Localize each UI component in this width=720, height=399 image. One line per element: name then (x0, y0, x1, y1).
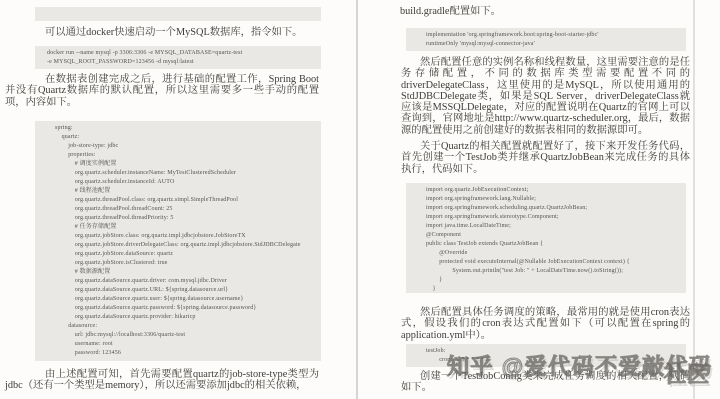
code-line: org.quartz.dataSource.quartz.URL: ${spri… (55, 286, 317, 295)
paragraph-jobstore-note: 由上述配置可知，首先需要配置quartz的job-store-type类型为jd… (5, 369, 319, 392)
code-line: protected void executeInternal(@Nullable… (426, 258, 682, 267)
code-line: } (426, 285, 682, 293)
code-line: spring: (55, 124, 317, 133)
code-line: cron: "0/5 * * * * ?" (426, 356, 682, 365)
code-line: import java.time.LocalDateTime; (426, 222, 682, 231)
page-right-edge-line (693, 0, 695, 399)
code-line: implementation 'org.springframework.boot… (426, 31, 682, 40)
code-line: org.quartz.scheduler.instanceName: MyTes… (55, 169, 317, 178)
code-line: testJob: (426, 347, 682, 356)
code-line: datasource: (55, 322, 317, 331)
code-block-sql-filename: V2019_04_22_19_45__Create_Table_Quartz_M… (35, 7, 321, 21)
code-line: import org.springframework.scheduling.qu… (426, 204, 682, 213)
paragraph-delegate-note: 然后配置任意的实例名称和线程数量，这里需要注意的是任务存储配置，不同的数据库类型… (401, 57, 690, 136)
code-line: # 线程池配置 (55, 187, 317, 196)
code-line: @Override (426, 249, 682, 258)
code-block-docker-command: docker run --name mysql -p 3306:3306 -e … (35, 46, 321, 69)
code-line: public class TestJob extends QuartzJobBe… (426, 240, 682, 249)
code-line: quartz: (55, 133, 317, 142)
code-line: properties: (55, 151, 317, 160)
code-line: org.quartz.threadPool.threadCount: 25 (55, 205, 317, 214)
code-line: docker run --name mysql -p 3306:3306 -e … (47, 49, 317, 58)
code-line: job-store-type: jdbc (55, 142, 317, 151)
paragraph-testjob-intro: 关于Quartz的相关配置就配置好了，接下来开发任务代码，首先创建一个TestJ… (401, 141, 690, 175)
code-block-gradle-deps: implementation 'org.springframework.boot… (406, 28, 686, 51)
code-block-cron-config: testJob: cron: "0/5 * * * * ?" (406, 344, 686, 367)
code-line: @Component (426, 231, 682, 240)
code-line: import org.springframework.lang.Nullable… (426, 195, 682, 204)
column-separator-line (356, 0, 358, 399)
scanned-document-page: V2019_04_22_19_45__Create_Table_Quartz_M… (0, 0, 720, 399)
code-line: org.quartz.jobStore.driverDelegateClass:… (55, 241, 317, 250)
code-line: org.quartz.jobStore.isClustered: true (55, 259, 317, 268)
code-line: org.quartz.scheduler.instanceId: AUTO (55, 178, 317, 187)
code-line: import org.springframework.stereotype.Co… (426, 213, 682, 222)
code-line: # 数据源配置 (55, 268, 317, 277)
code-line: org.quartz.threadPool.class: org.quartz.… (55, 196, 317, 205)
paragraph-gradle-intro: build.gradle配置如下。 (400, 6, 690, 17)
code-line: url: jdbc:mysql://localhost:3306/quartz-… (55, 331, 317, 340)
code-line: runtimeOnly 'mysql:mysql-connector-java' (426, 40, 682, 49)
code-line: } (426, 276, 682, 285)
code-line: org.quartz.dataSource.quartz.provider: h… (55, 313, 317, 322)
paragraph-docker-intro: 可以通过docker快速启动一个MySQL数据库，指令如下。 (5, 27, 319, 38)
code-line: org.quartz.jobStore.class: org.quartz.im… (55, 232, 317, 241)
code-line: # 任务存储配置 (55, 223, 317, 232)
code-line: System.out.println("test Job: " + LocalD… (426, 267, 682, 276)
paragraph-config-intro: 在数据表创建完成之后，进行基础的配置工作，Spring Boot 并没有Quar… (5, 74, 319, 108)
code-line: -e MYSQL_ROOT_PASSWORD=123456 -d mysql:l… (47, 58, 317, 67)
code-line: org.quartz.jobStore.dataSource: quartz (55, 250, 317, 259)
code-line: # 调度实例配置 (55, 160, 317, 169)
code-block-testjob-class: import org.quartz.JobExecutionContext;im… (406, 183, 686, 293)
code-block-yaml-config: spring: quartz: job-store-type: jdbc pro… (35, 121, 321, 361)
code-line: password: 123456 (55, 349, 317, 358)
paragraph-cron-intro: 然后配置具体任务调度的策略，最常用的就是使用cron表达式，假设我们的cron表… (401, 307, 690, 341)
paragraph-jobconfig-intro: 创建一个TestJobConfig类来完成任务调度的相关配置，代码如下。 (401, 371, 690, 394)
code-line: org.quartz.dataSource.quartz.user: ${spr… (55, 295, 317, 304)
code-line: import org.quartz.JobExecutionContext; (426, 186, 682, 195)
code-line: org.quartz.threadPool.threadPriority: 5 (55, 214, 317, 223)
code-line: org.quartz.dataSource.quartz.password: $… (55, 304, 317, 313)
code-line: username: root (55, 340, 317, 349)
code-line: org.quartz.dataSource.quartz.driver: com… (55, 277, 317, 286)
